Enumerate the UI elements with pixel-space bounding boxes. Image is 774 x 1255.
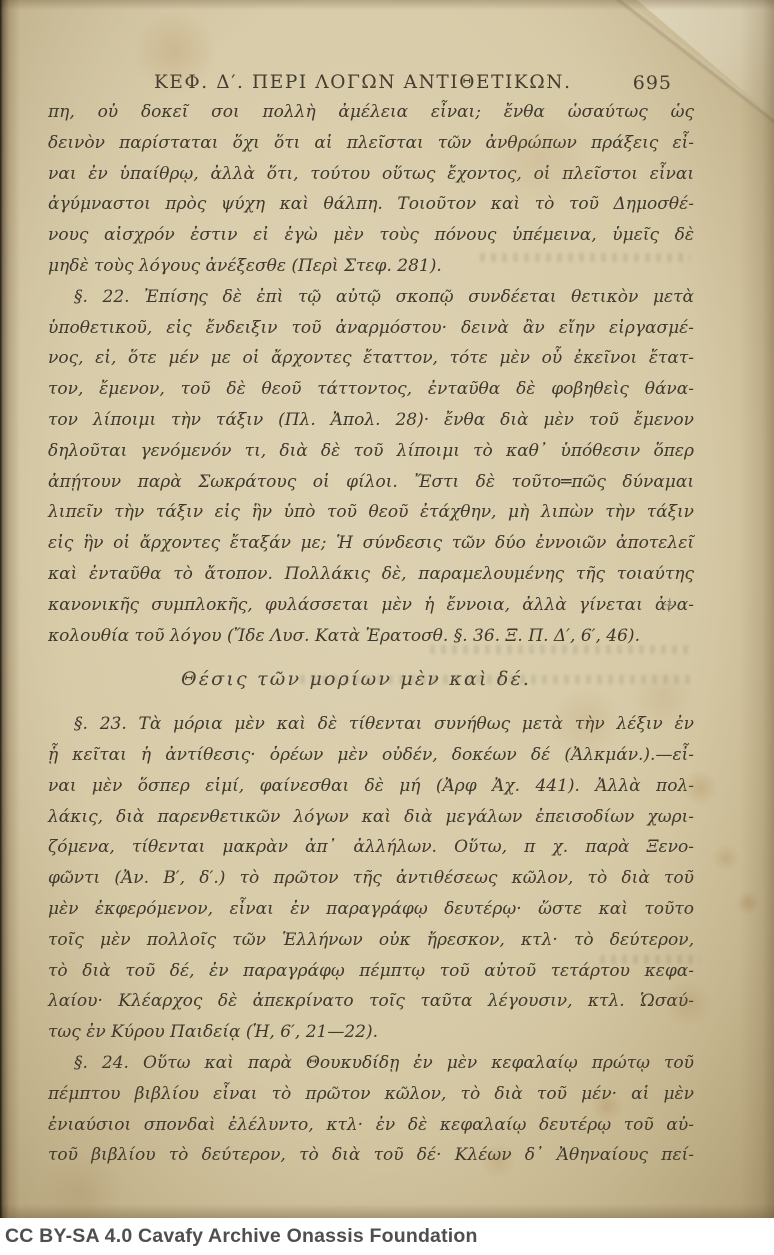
page-number: 695 — [633, 72, 672, 94]
text-line: ᾗ κεῖται ἡ ἀντίθεσις· ὁρέων μὲν οὐδέν, δ… — [48, 740, 694, 771]
text-line: §. 24. Οὕτω καὶ παρὰ Θουκυδίδῃ ἐν μὲν κε… — [48, 1048, 694, 1079]
text-line: τον λίποιμι τὴν τάξιν (Πλ. Ἀπολ. 28)· ἔν… — [48, 405, 694, 436]
text-line: νος, εἰ, ὅτε μέν με οἱ ἄρχοντες ἔταττον,… — [48, 343, 694, 374]
text-line: §. 23. Τὰ μόρια μὲν καὶ δὲ τίθενται συνή… — [48, 709, 694, 740]
paper-background: ΚΕΦ. Δ′. ΠΕΡΙ ΛΟΓΩΝ ΑΝΤΙΘΕΤΙΚΩΝ. 695 πη,… — [0, 0, 774, 1218]
text-line: ναι μὲν ὅσπερ εἰμί, φαίνεσθαι δὲ μή (Ἀρφ… — [48, 771, 694, 802]
text-line: τως ἐν Κύρου Παιδείᾳ (Ἡ, 6′, 21—22). — [48, 1017, 694, 1048]
text-line: τοῖς μὲν πολλοῖς τῶν Ἑλλήνων οὐκ ἤρεσκον… — [48, 925, 694, 956]
text-line: μὲν ἐκφερόμενον, εἶναι ἐν παραγράφῳ δευτ… — [48, 894, 694, 925]
paragraph: §. 24. Οὕτω καὶ παρὰ Θουκυδίδῃ ἐν μὲν κε… — [48, 1048, 694, 1171]
text-line: τὸ διὰ τοῦ δέ, ἐν παραγράφῳ πέμπτῳ τοῦ α… — [48, 956, 694, 987]
text-line: ναι ἐν ὑπαίθρῳ, ἀλλὰ ὅτι, τούτου οὕτως ἔ… — [48, 159, 694, 190]
scanned-book-page: ΚΕΦ. Δ′. ΠΕΡΙ ΛΟΓΩΝ ΑΝΤΙΘΕΤΙΚΩΝ. 695 πη,… — [0, 0, 774, 1255]
text-line: τον, ἔμενον, τοῦ δὲ θεοῦ τάττοντος, ἐντα… — [48, 374, 694, 405]
paragraph: §. 22. Ἐπίσης δὲ ἐπὶ τῷ αὐτῷ σκοπῷ συνδέ… — [48, 282, 694, 652]
text-line: μηδὲ τοὺς λόγους ἀνέξεσθε (Περὶ Στεφ. 28… — [48, 251, 694, 282]
text-line: ἐνιαύσιοι σπονδαὶ ἐλέλυντο, κτλ· ἐν δὲ κ… — [48, 1110, 694, 1141]
text-line: πη, οὐ δοκεῖ σοι πολλὴ ἀμέλεια εἶναι; ἔν… — [48, 97, 694, 128]
text-line: §. 22. Ἐπίσης δὲ ἐπὶ τῷ αὐτῷ σκοπῷ συνδέ… — [48, 282, 694, 313]
text-line: κανονικῆς συμπλοκῆς, φυλάσσεται μὲν ἡ ἔν… — [48, 590, 694, 621]
license-text: CC BY-SA 4.0 Cavafy Archive Onassis Foun… — [0, 1225, 478, 1248]
text-line: εἰς ἣν οἱ ἄρχοντες ἔταξάν με; Ἡ σύνδεσις… — [48, 528, 694, 559]
text-line: φῶντι (Ἀν. Β′, δ′.) τὸ πρῶτον τῆς ἀντιθέ… — [48, 863, 694, 894]
paragraph: πη, οὐ δοκεῖ σοι πολλὴ ἀμέλεια εἶναι; ἔν… — [48, 97, 694, 282]
text-line: λιπεῖν τὴν τάξιν εἰς ἣν ὑπὸ τοῦ θεοῦ ἐτά… — [48, 497, 694, 528]
body-text-block: πη, οὐ δοκεῖ σοι πολλὴ ἀμέλεια εἶναι; ἔν… — [48, 97, 694, 1171]
text-line: τοῦ βιβλίου τὸ δεύτερον, τὸ διὰ τοῦ δέ· … — [48, 1140, 694, 1171]
text-line: λάκις, διὰ παρενθετικῶν λόγων καὶ διὰ με… — [48, 802, 694, 833]
text-line: κολουθία τοῦ λόγου (Ἴδε Λυσ. Κατὰ Ἐρατοσ… — [48, 621, 694, 652]
text-line: πέμπτου βιβλίου εἶναι τὸ πρῶτον κῶλον, τ… — [48, 1079, 694, 1110]
text-line: ὑποθετικοῦ, εἰς ἔνδειξιν τοῦ ἀναρμόστου·… — [48, 313, 694, 344]
text-line: δηλοῦται γενόμενόν τι, διὰ δὲ τοῦ λίποιμ… — [48, 436, 694, 467]
text-line: καὶ ἐνταῦθα τὸ ἄτοπον. Πολλάκις δὲ, παρα… — [48, 559, 694, 590]
text-line: ζόμενα, τίθενται μακρὰν ἀπ᾽ ἀλλήλων. Οὕτ… — [48, 832, 694, 863]
text-line: ἀπῄτουν παρὰ Σωκράτους οἱ φίλοι. Ἔστι δὲ… — [48, 467, 694, 498]
text-line: ἀγύμναστοι πρὸς ψύχη καὶ θάλπη. Τοιοῦτον… — [48, 189, 694, 220]
license-caption-bar: CC BY-SA 4.0 Cavafy Archive Onassis Foun… — [0, 1218, 774, 1255]
section-heading: Θέσις τῶν μορίων μὲν καὶ δέ. — [181, 664, 694, 695]
text-line: δεινὸν παρίσταται ὅχι ὅτι αἱ πλεῖσται τῶ… — [48, 128, 694, 159]
text-line: λαίου· Κλέαρχος δὲ ἀπεκρίνατο τοῖς ταῦτα… — [48, 986, 694, 1017]
paragraph: §. 23. Τὰ μόρια μὲν καὶ δὲ τίθενται συνή… — [48, 709, 694, 1048]
page-header: ΚΕΦ. Δ′. ΠΕΡΙ ΛΟΓΩΝ ΑΝΤΙΘΕΤΙΚΩΝ. 695 — [48, 72, 694, 100]
pencil-plus-mark: + — [659, 592, 679, 618]
chapter-title: ΚΕΦ. Δ′. ΠΕΡΙ ΛΟΓΩΝ ΑΝΤΙΘΕΤΙΚΩΝ. — [154, 72, 572, 93]
text-line: νους αἰσχρόν ἐστιν εἰ ἐγὼ μὲν τοὺς πόνου… — [48, 220, 694, 251]
